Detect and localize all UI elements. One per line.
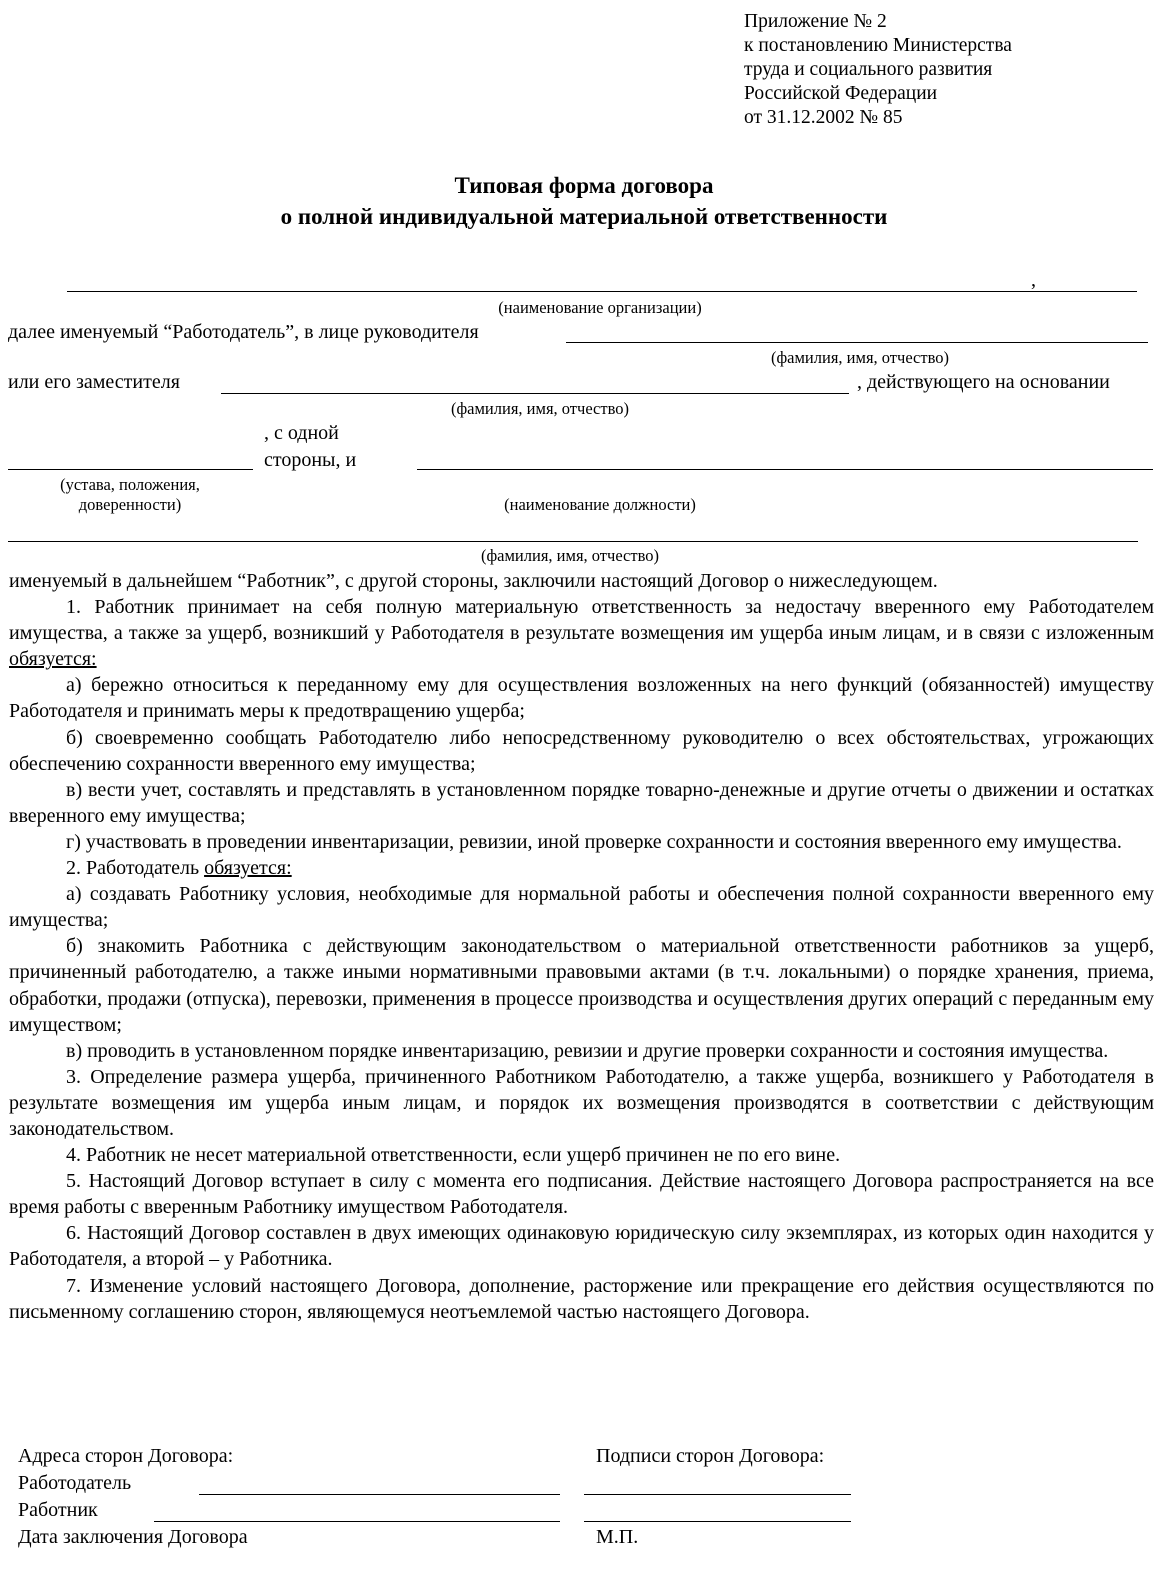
deputy-suffix: , действующего на основании [857,369,1110,395]
clause-1: 1. Работник принимает на себя полную мат… [9,594,1154,672]
addresses-label: Адреса сторон Договора: [18,1443,233,1469]
basis-caption-line-1: (устава, положения, [20,475,240,495]
clause-2-obligation: обязуется: [204,857,292,879]
clause-1c: в) вести учет, составлять и представлять… [9,777,1154,829]
employee-address-field[interactable] [154,1521,560,1522]
document-title: Типовая форма договора о полной индивиду… [0,170,1168,232]
director-name-field[interactable] [566,342,1148,343]
employee-signature-field[interactable] [584,1521,851,1522]
seal-label: М.П. [596,1524,638,1550]
clause-6: 6. Настоящий Договор составлен в двух им… [9,1220,1154,1272]
clause-2a: а) создавать Работнику условия, необходи… [9,881,1154,933]
one-side-line-1: , с одной [264,420,339,446]
employer-address-field[interactable] [199,1494,560,1495]
appendix-line: труда и социального развития [744,58,1012,82]
appendix-line: к постановлению Министерства [744,34,1012,58]
clause-1a: а) бережно относиться к переданному ему … [9,672,1154,724]
director-caption: (фамилия, имя, отчество) [730,348,990,368]
deputy-caption: (фамилия, имя, отчество) [410,399,670,419]
intro-paragraph: именуемый в дальнейшем “Работник”, с дру… [9,568,1154,594]
org-comma: , [1031,267,1036,293]
title-line-1: Типовая форма договора [0,170,1168,201]
deputy-text: или его заместителя [8,369,180,395]
clause-4: 4. Работник не несет материальной ответс… [9,1142,1154,1168]
employee-caption: (фамилия, имя, отчество) [440,546,700,566]
employer-signature-field[interactable] [584,1494,851,1495]
appendix-line: Приложение № 2 [744,10,1012,34]
contract-body: именуемый в дальнейшем “Работник”, с дру… [9,568,1154,1325]
one-side-line-2: стороны, и [264,447,356,473]
clause-1b: б) своевременно сообщать Работодателю ли… [9,725,1154,777]
position-caption: (наименование должности) [470,495,730,515]
clause-2: 2. Работодатель обязуется: [9,855,1154,881]
clause-3: 3. Определение размера ущерба, причиненн… [9,1064,1154,1142]
org-caption: (наименование организации) [400,298,800,318]
clause-1-obligation: обязуется: [9,648,97,670]
contract-date-label: Дата заключения Договора [18,1524,248,1550]
clause-7: 7. Изменение условий настоящего Договора… [9,1273,1154,1325]
appendix-line: Российской Федерации [744,82,1012,106]
basis-field[interactable] [8,469,253,470]
employee-position-field[interactable] [417,469,1153,470]
appendix-reference: Приложение № 2 к постановлению Министерс… [744,10,1012,130]
clause-1d: г) участвовать в проведении инвентаризац… [9,829,1154,855]
basis-caption-line-2: доверенности) [20,495,240,515]
employer-text: далее именуемый “Работодатель”, в лице р… [8,319,479,345]
clause-2-text: 2. Работодатель [66,857,204,879]
clause-1-text: 1. Работник принимает на себя полную мат… [9,596,1154,644]
clause-2b: б) знакомить Работника с действующим зак… [9,933,1154,1037]
organization-name-field[interactable] [67,291,1137,292]
clause-2c: в) проводить в установленном порядке инв… [9,1038,1154,1064]
employee-label: Работник [18,1497,98,1523]
employer-label: Работодатель [18,1470,131,1496]
clause-5: 5. Настоящий Договор вступает в силу с м… [9,1168,1154,1220]
signatures-label: Подписи сторон Договора: [596,1443,824,1469]
deputy-name-field[interactable] [221,393,849,394]
employee-name-field[interactable] [8,541,1138,542]
appendix-line: от 31.12.2002 № 85 [744,106,1012,130]
title-line-2: о полной индивидуальной материальной отв… [0,201,1168,232]
basis-caption: (устава, положения, доверенности) [20,475,240,515]
